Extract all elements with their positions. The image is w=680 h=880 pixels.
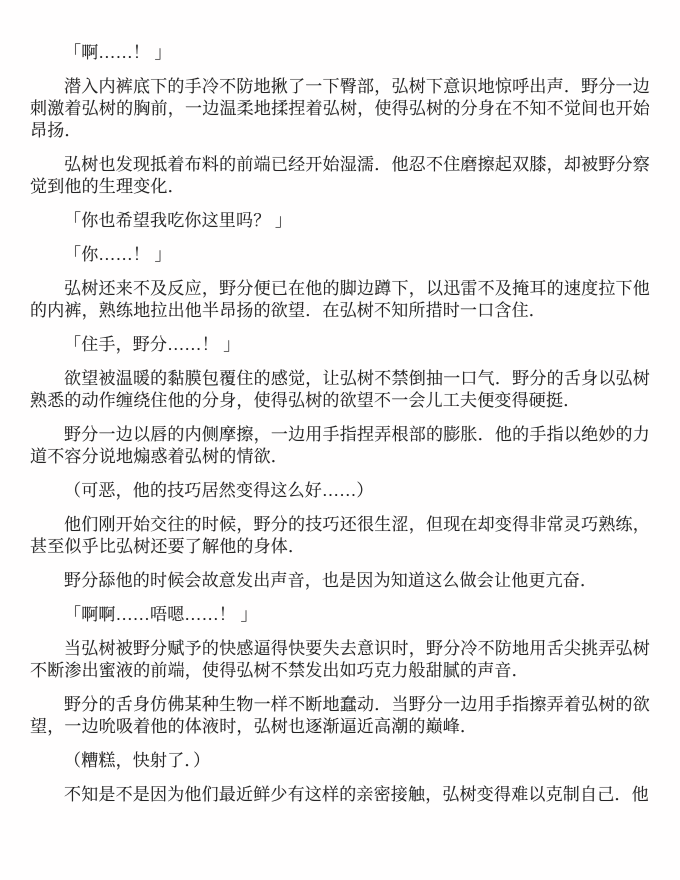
document-page: 「啊……！ 」潜入内裤底下的手冷不防地揪了一下臀部，弘树下意识地惊呼出声．野分一… xyxy=(0,0,680,880)
paragraph: 「你……！ 」 xyxy=(30,244,650,266)
paragraph: 野分一边以唇的内侧摩擦，一边用手指捏弄根部的膨胀．他的手指以绝妙的力道不容分说地… xyxy=(30,424,650,468)
paragraph: 「你也希望我吃你这里吗？ 」 xyxy=(30,210,650,232)
paragraph: 欲望被温暖的黏膜包覆住的感觉，让弘树不禁倒抽一口气．野分的舌身以弘树熟悉的动作缠… xyxy=(30,368,650,412)
paragraph: 弘树还来不及反应，野分便已在他的脚边蹲下，以迅雷不及掩耳的速度拉下他的内裤，熟练… xyxy=(30,278,650,322)
paragraph: 不知是不是因为他们最近鲜少有这样的亲密接触，弘树变得难以克制自己．他 xyxy=(30,784,650,806)
paragraph: 「住手，野分……！ 」 xyxy=(30,334,650,356)
paragraph: 「啊啊……唔嗯……！ 」 xyxy=(30,604,650,626)
paragraph: （糟糕，快射了．） xyxy=(30,750,650,772)
paragraph: 他们刚开始交往的时候，野分的技巧还很生涩，但现在却变得非常灵巧熟练，甚至似乎比弘… xyxy=(30,514,650,558)
paragraph: （可恶，他的技巧居然变得这么好……） xyxy=(30,480,650,502)
paragraph: 潜入内裤底下的手冷不防地揪了一下臀部，弘树下意识地惊呼出声．野分一边刺激着弘树的… xyxy=(30,76,650,142)
paragraph: 当弘树被野分赋予的快感逼得快要失去意识时，野分冷不防地用舌尖挑弄弘树不断渗出蜜液… xyxy=(30,638,650,682)
paragraph: 「啊……！ 」 xyxy=(30,42,650,64)
paragraph: 野分的舌身仿佛某种生物一样不断地蠢动．当野分一边用手指擦弄着弘树的欲望，一边吮吸… xyxy=(30,694,650,738)
paragraph: 弘树也发现抵着布料的前端已经开始湿濡．他忍不住磨擦起双膝，却被野分察觉到他的生理… xyxy=(30,154,650,198)
paragraph: 野分舔他的时候会故意发出声音，也是因为知道这么做会让他更亢奋． xyxy=(30,570,650,592)
text-column: 「啊……！ 」潜入内裤底下的手冷不防地揪了一下臀部，弘树下意识地惊呼出声．野分一… xyxy=(30,42,650,806)
